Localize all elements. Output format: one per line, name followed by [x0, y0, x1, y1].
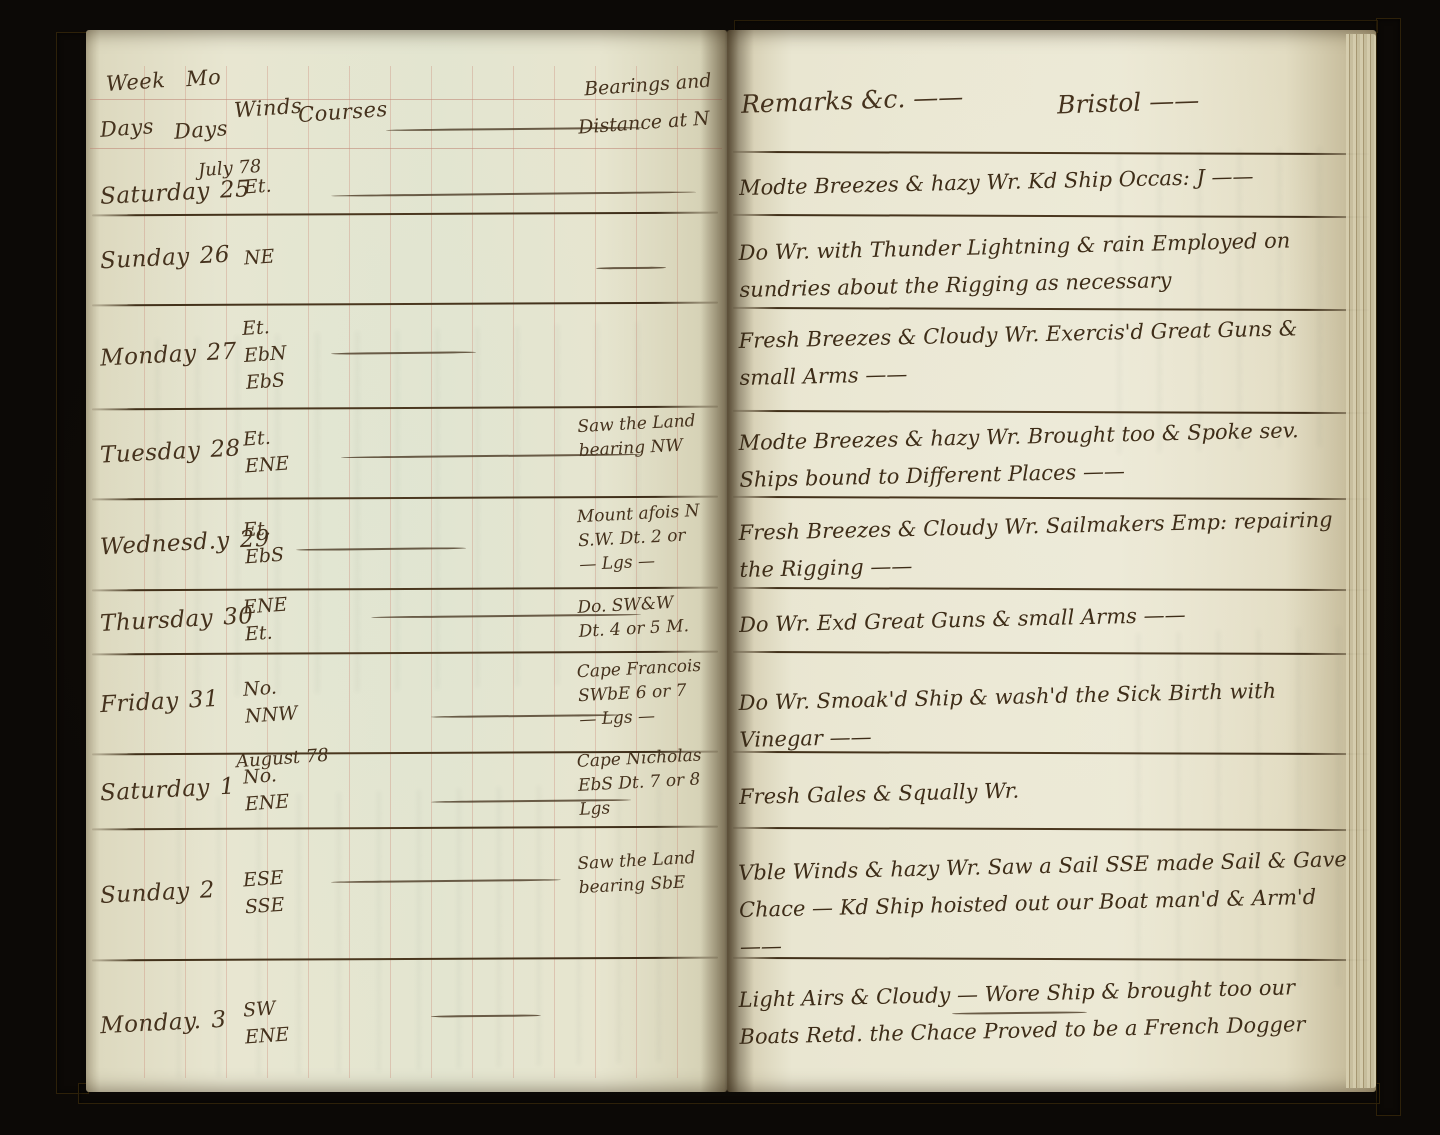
day-number: 1 — [219, 773, 235, 800]
red-header-rule — [90, 99, 722, 100]
port-name: Bristol —— — [1057, 86, 1200, 120]
day-name: Wednesd.y — [99, 527, 230, 560]
winds-entry: SW ENE — [242, 995, 290, 1052]
gilt-cover-left-edge — [56, 32, 89, 1094]
day-date: Thursday30 — [99, 603, 254, 637]
log-row-tuesday-28: Tuesday28 Et. ENE Saw the Land bearing N… — [86, 407, 727, 497]
col-header-week: Week — [105, 68, 166, 96]
bearings-entry: Mount afois N S.W. Dt. 2 or — Lgs — — [576, 499, 702, 577]
remark-entry: Modte Breezes & hazy Wr. Brought too & S… — [738, 411, 1352, 499]
winds-entry: Et. EbN EbS — [241, 313, 289, 397]
page-stack-edges — [1346, 34, 1376, 1088]
day-number: 28 — [210, 435, 242, 463]
day-number: 3 — [211, 1007, 227, 1034]
day-name: Saturday — [99, 774, 210, 806]
log-row-monday-27: Monday27 Et. EbN EbS — [86, 303, 727, 407]
log-row-thursday-30: Thursday30 ENE Et. Do. SW&W Dt. 4 or 5 M… — [86, 588, 727, 652]
day-name: Sunday — [99, 244, 190, 275]
remark-entry: Fresh Breezes & Cloudy Wr. Exercis'd Gre… — [738, 309, 1352, 397]
day-name: Monday. — [99, 1008, 202, 1039]
col-header-week-days: Days — [99, 114, 155, 142]
bearings-entry: Do. SW&W Dt. 4 or 5 M. — [577, 590, 690, 644]
remark-entry: Fresh Breezes & Cloudy Wr. Sailmakers Em… — [738, 501, 1352, 589]
day-name: Monday — [99, 341, 197, 372]
winds-entry: No. NNW — [242, 673, 298, 731]
right-page: Remarks &c. —— Bristol —— Modte Breezes … — [727, 30, 1376, 1092]
log-row-wednesday-29: Wednesd.y29 Et. EbS Mount afois N S.W. D… — [86, 497, 727, 588]
winds-entry: ENE Et. — [242, 592, 290, 649]
day-name: Thursday — [99, 605, 213, 637]
log-row-friday-31: Friday31 No. NNW Cape Francois SWbE 6 or… — [86, 652, 727, 752]
day-date: Friday31 — [99, 686, 219, 718]
day-date: Monday.3 — [99, 1007, 227, 1040]
day-name: Tuesday — [99, 437, 201, 468]
day-number: 26 — [199, 242, 231, 270]
winds-entry: NE — [243, 243, 275, 272]
book-gutter-shadow — [700, 30, 754, 1092]
winds-entry: Et. — [243, 172, 272, 201]
col-header-mo-days: Days — [173, 116, 229, 144]
log-row-saturday-25: July 78 Saturday25 Et. — [86, 160, 727, 213]
row-separator — [733, 587, 1369, 591]
gilt-cover-right-edge — [1376, 18, 1401, 1116]
bearings-entry: Cape Francois SWbE 6 or 7 — Lgs — — [576, 654, 704, 732]
remark-entry: Do Wr. Smoak'd Ship & wash'd the Sick Bi… — [738, 671, 1352, 759]
day-date: Sunday2 — [99, 877, 215, 909]
winds-entry: Et. ENE — [242, 424, 290, 481]
log-row-saturday-1: August 78 Saturday1 No. ENE Cape Nichola… — [86, 752, 727, 827]
day-name: Sunday — [99, 878, 190, 909]
day-date: Monday27 — [99, 338, 237, 371]
day-number: 2 — [199, 877, 215, 904]
day-number: 27 — [206, 338, 238, 366]
log-row-sunday-2: Sunday2 ESE SSE Saw the Land bearing SbE — [86, 827, 727, 958]
remark-entry: Do Wr. with Thunder Lightning & rain Emp… — [738, 221, 1352, 309]
col-header-winds: Winds — [233, 94, 303, 123]
day-date: Saturday25 — [99, 176, 250, 210]
red-header-rule — [90, 148, 722, 149]
day-date: Sunday26 — [99, 242, 230, 275]
day-name: Friday — [99, 688, 179, 718]
remarks-header: Remarks &c. —— — [741, 82, 964, 119]
day-name: Saturday — [99, 178, 210, 210]
log-row-sunday-26: Sunday26 NE — [86, 213, 727, 303]
logbook-scan: Week Days Mo Days Winds Courses Bearings… — [0, 0, 1440, 1135]
remark-entry: Vble Winds & hazy Wr. Saw a Sail SSE mad… — [738, 841, 1352, 966]
day-number: 31 — [188, 686, 220, 714]
left-page: Week Days Mo Days Winds Courses Bearings… — [86, 30, 727, 1092]
winds-entry: ESE SSE — [242, 864, 286, 921]
log-row-monday-3: Monday.3 SW ENE — [86, 958, 727, 1088]
day-date: Saturday1 — [99, 773, 235, 806]
winds-entry: No. ENE — [242, 761, 290, 818]
winds-entry: Et. EbS — [242, 514, 285, 571]
col-header-mo: Mo — [185, 65, 222, 91]
bearings-entry: Saw the Land bearing SbE — [577, 846, 698, 900]
row-separator — [733, 496, 1369, 500]
day-date: Tuesday28 — [99, 435, 241, 468]
